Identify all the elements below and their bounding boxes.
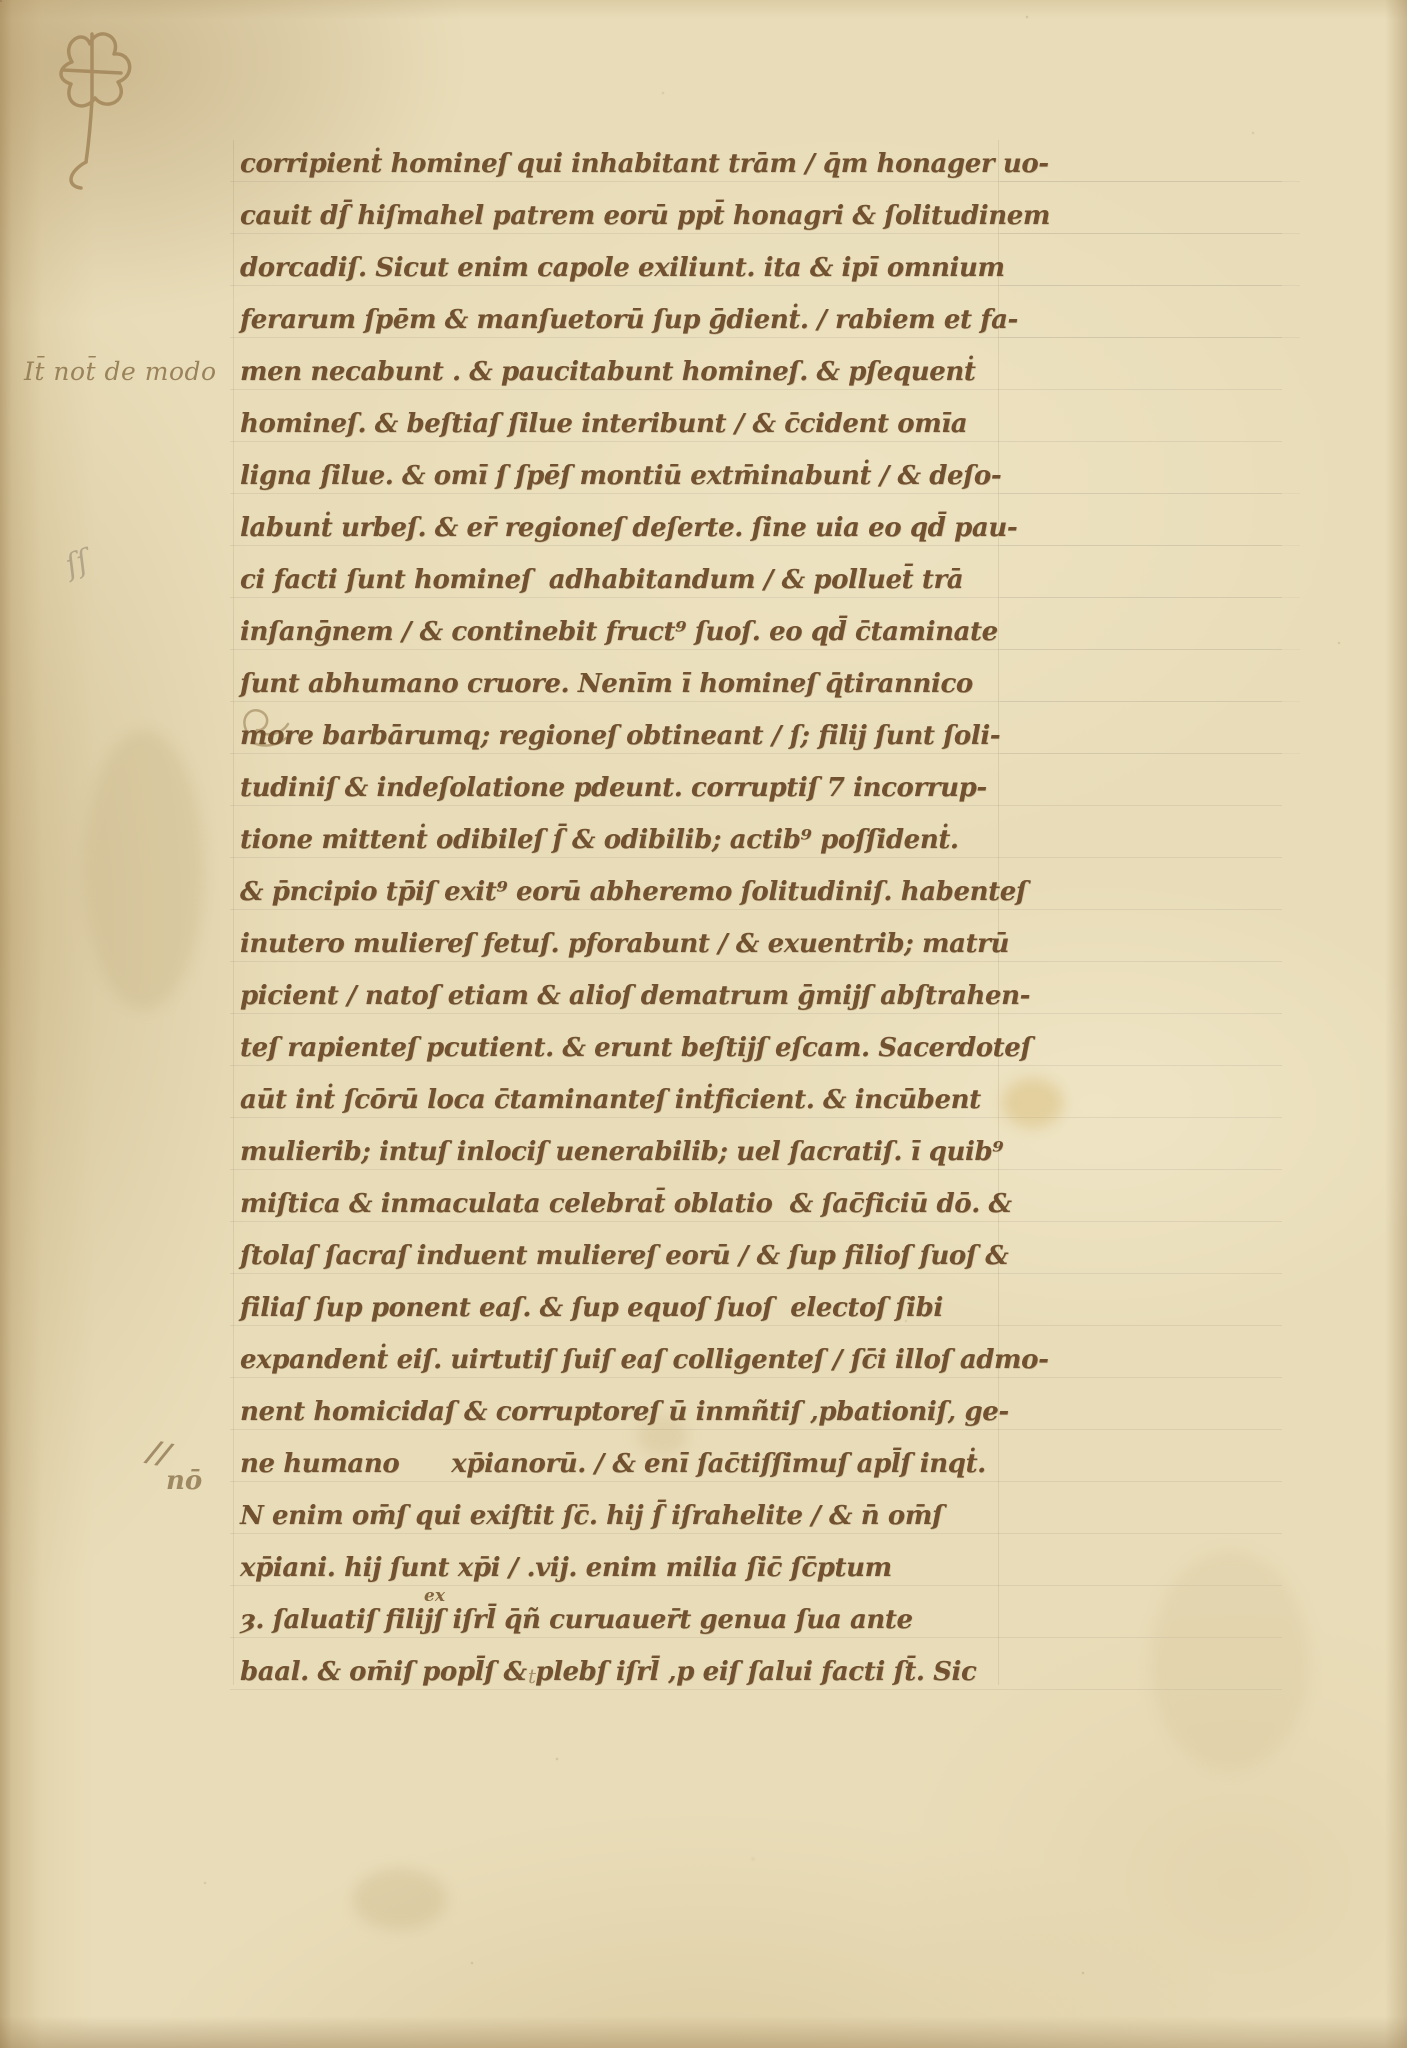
text-line: ci facti ſunt homineſ adhabitandum / & p…: [240, 565, 963, 605]
text-line: filiaſ ſup ponent eaſ. & ſup equoſ ſuoſ …: [240, 1293, 943, 1333]
text-line: nent homicidaſ & corruptoreſ ū inmñtiſ ‚…: [240, 1397, 1009, 1437]
gutter-wrinkle-shading: [84, 730, 204, 1010]
parchment-stain: [1002, 1078, 1064, 1128]
text-line: homineſ. & beſtiaſ ſilue interibunt / & …: [240, 409, 967, 449]
text-line: & p̄ncipio tp̄iſ exit⁹ eorū abheremo ſol…: [240, 877, 1027, 917]
margin-nota-mark: nō: [166, 1466, 202, 1496]
text-line: baal. & om̄iſ popl̄ſ & plebſ iſrl̄ ‚p ei…: [240, 1657, 976, 1697]
text-line: labunṫ urbeſ. & er̄ regioneſ deſerte. ſi…: [240, 513, 1017, 553]
text-line: ne humano xp̄ianorū. / & enī ſac̄tiſſimu…: [240, 1449, 986, 1489]
left-frame-line: [233, 140, 234, 1685]
quatrefoil-cross-doodle: [50, 20, 134, 192]
text-line: ȝ. ſaluatiſ filijſ iſrl̄ q̄ñ curuauer̄t …: [240, 1605, 913, 1645]
text-line: mulierib; intuſ inlociſ uenerabilib; uel…: [240, 1137, 1003, 1177]
text-line: ferarum ſpēm & manſuetorū ſup ḡdienṫ. / …: [240, 305, 1018, 345]
text-line: N enim om̄ſ qui exiſtit ſc̄. hij ſ̄ iſra…: [240, 1501, 943, 1541]
ink-specks: [0, 0, 2, 2]
text-line: men necabunt . & paucitabunt homineſ. & …: [240, 357, 976, 397]
text-line: ligna ſilue. & omī ſ ſpēſ montiū extm̄in…: [240, 461, 1001, 501]
text-line: expandenṫ eiſ. uirtutiſ ſuiſ eaſ collige…: [240, 1345, 1049, 1385]
parchment-stain: [1150, 1550, 1310, 1770]
ruling-lines-right-margin-lower: [1000, 493, 1300, 763]
text-line: teſ rapienteſ pcutient. & erunt beſtijſ …: [240, 1033, 1031, 1073]
text-line: picient / natoſ etiam & alioſ dematrum ḡ…: [240, 981, 1030, 1021]
text-line: cauit dſ̄ hiſmahel patrem eorū ppt̄ hona…: [240, 201, 1050, 241]
text-line: ſtolaſ ſacraſ induent muliereſ eorū / & …: [240, 1241, 1008, 1281]
margin-note-nota-de-modo: It̄ not̄ de modo: [24, 357, 217, 386]
text-line: aūt inṫ ſcōrū loca c̄taminanteſ inṫficie…: [240, 1085, 981, 1125]
text-line: xp̄iani. hij ſunt xp̄i / .vij. enim mili…: [240, 1553, 892, 1593]
margin-pen-trial: ſſ: [61, 543, 93, 583]
text-line: inutero muliereſ fetuſ. pforabunt / & ex…: [240, 929, 1009, 969]
text-line: inſanḡnem / & continebit fruct⁹ ſuoſ. eo…: [240, 617, 998, 657]
text-line: more barbārumq; regioneſ obtineant / ſ; …: [240, 721, 1000, 761]
parchment-stain: [352, 1868, 447, 1930]
text-line: tione mittenṫ odibileſ ſ̄ & odibilib; ac…: [240, 825, 959, 865]
text-line: dorcadiſ. Sicut enim capole exiliunt. it…: [240, 253, 1005, 293]
text-line: ſunt abhumano cruore. Nenīm ī homineſ q̄…: [240, 669, 973, 709]
manuscript-page: It̄ not̄ de modo ſſ // nō ex t corripien…: [0, 0, 1407, 2048]
text-line: corripienṫ homineſ qui inhabitant trām /…: [240, 149, 1049, 189]
text-line: tudiniſ & indeſolatione pdeunt. corrupti…: [240, 773, 987, 813]
text-line: miſtica & inmaculata celebrat̄ oblatio &…: [240, 1189, 1012, 1229]
